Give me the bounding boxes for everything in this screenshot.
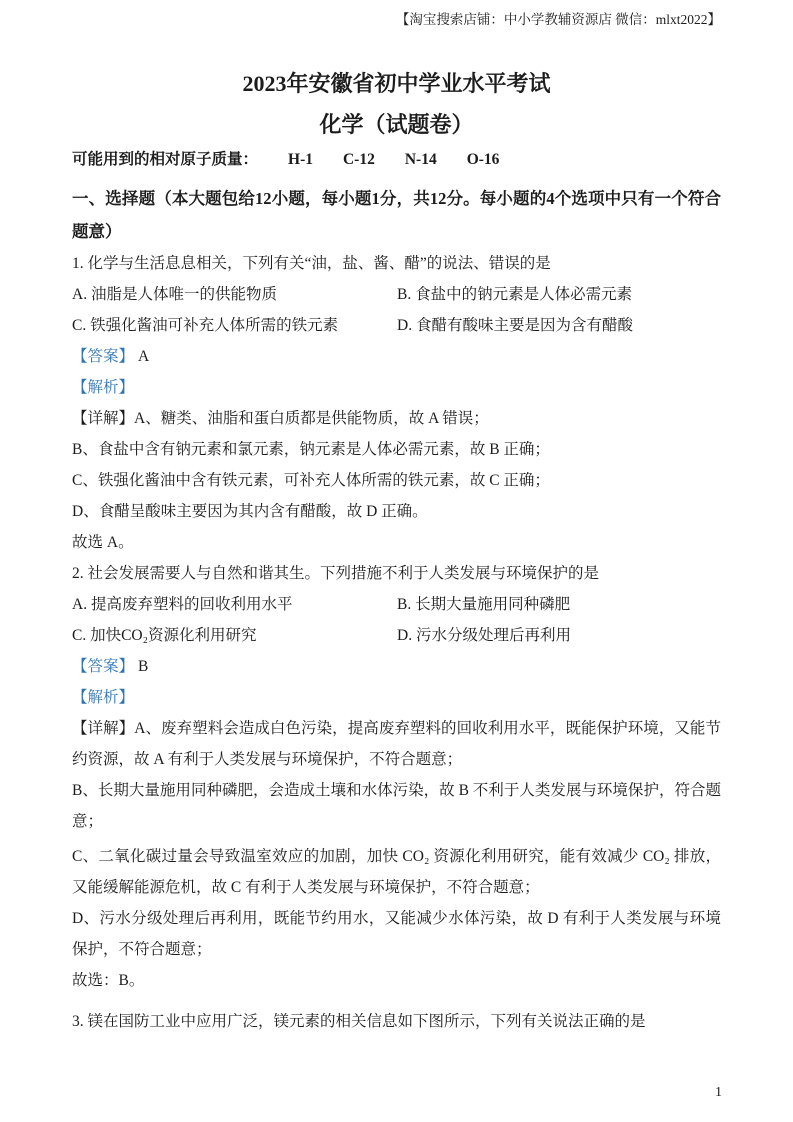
question-1-detail-d: D、食醋呈酸味主要因为其内含有醋酸，故 D 正确。 — [72, 496, 721, 527]
question-2-option-d: D. 污水分级处理后再利用 — [397, 620, 721, 651]
section-heading: 一、选择题（本大题包给12小题，每小题1分，共12分。每小题的4个选项中只有一个… — [72, 182, 721, 248]
question-2-detail-a: 【详解】A、废弃塑料会造成白色污染，提高废弃塑料的回收利用水平，既能保护环境，又… — [72, 713, 721, 775]
question-1-analysis-line: 【解析】 — [72, 372, 721, 403]
question-2-options: A. 提高废弃塑料的回收利用水平 B. 长期大量施用同种磷肥 C. 加快CO₂资… — [72, 589, 721, 651]
question-1-detail-c: C、铁强化酱油中含有铁元素，可补充人体所需的铁元素，故 C 正确； — [72, 465, 721, 496]
atomic-mass-c: C-12 — [343, 148, 375, 172]
question-1-detail-a: 【详解】A、糖类、油脂和蛋白质都是供能物质，故 A 错误； — [72, 403, 721, 434]
question-1-option-a: A. 油脂是人体唯一的供能物质 — [72, 279, 397, 310]
answer-label: 【答案】 — [72, 658, 134, 675]
question-1-option-c: C. 铁强化酱油可补充人体所需的铁元素 — [72, 310, 397, 341]
atomic-mass-n: N-14 — [405, 148, 437, 172]
answer-value: B — [138, 658, 148, 675]
exam-paper-page: 【淘宝搜索店铺：中小学教辅资源店 微信：mlxt2022】 2023年安徽省初中… — [0, 0, 793, 1122]
atomic-mass-h: H-1 — [288, 148, 313, 172]
header-shop-note: 【淘宝搜索店铺：中小学教辅资源店 微信：mlxt2022】 — [72, 10, 721, 30]
question-2-option-b: B. 长期大量施用同种磷肥 — [397, 589, 721, 620]
question-2-stem: 2. 社会发展需要人与自然和谐其生。下列措施不利于人类发展与环境保护的是 — [72, 558, 721, 589]
page-number: 1 — [715, 1083, 722, 1103]
question-1-stem: 1. 化学与生活息息相关，下列有关“油，盐、酱、醋”的说法、错误的是 — [72, 248, 721, 279]
question-2-analysis-line: 【解析】 — [72, 682, 721, 713]
question-2-option-c: C. 加快CO₂资源化利用研究 — [72, 620, 397, 651]
question-1-option-b: B. 食盐中的钠元素是人体必需元素 — [397, 279, 721, 310]
question-2-detail-d: D、污水分级处理后再利用，既能节约用水，又能减少水体污染，故 D 有利于人类发展… — [72, 903, 721, 965]
question-2-detail-b: B、长期大量施用同种磷肥，会造成土壤和水体污染，故 B 不利于人类发展与环境保护… — [72, 775, 721, 837]
answer-value: A — [138, 348, 149, 365]
question-1-answer-line: 【答案】A — [72, 341, 721, 372]
question-2-conclusion: 故选：B。 — [72, 965, 721, 996]
page-title: 2023年安徽省初中学业水平考试 — [72, 68, 721, 100]
question-1-option-d: D. 食醋有酸味主要是因为含有醋酸 — [397, 310, 721, 341]
question-1-conclusion: 故选 A。 — [72, 527, 721, 558]
question-3-stem: 3. 镁在国防工业中应用广泛，镁元素的相关信息如下图所示，下列有关说法正确的是 — [72, 1006, 721, 1037]
analysis-label: 【解析】 — [72, 689, 134, 706]
answer-label: 【答案】 — [72, 348, 134, 365]
question-1-options: A. 油脂是人体唯一的供能物质 B. 食盐中的钠元素是人体必需元素 C. 铁强化… — [72, 279, 721, 341]
analysis-label: 【解析】 — [72, 379, 134, 396]
question-2-detail-c: C、二氧化碳过量会导致温室效应的加剧，加快 CO₂ 资源化利用研究，能有效减少 … — [72, 841, 721, 903]
question-2-answer-line: 【答案】B — [72, 651, 721, 682]
question-1-detail-b: B、食盐中含有钠元素和氯元素，钠元素是人体必需元素，故 B 正确； — [72, 434, 721, 465]
atomic-mass-label: 可能用到的相对原子质量： — [72, 148, 258, 172]
atomic-mass-line: 可能用到的相对原子质量： H-1 C-12 N-14 O-16 — [72, 148, 721, 172]
atomic-mass-o: O-16 — [467, 148, 500, 172]
question-2-option-a: A. 提高废弃塑料的回收利用水平 — [72, 589, 397, 620]
page-subtitle: 化学（试题卷） — [72, 109, 721, 141]
